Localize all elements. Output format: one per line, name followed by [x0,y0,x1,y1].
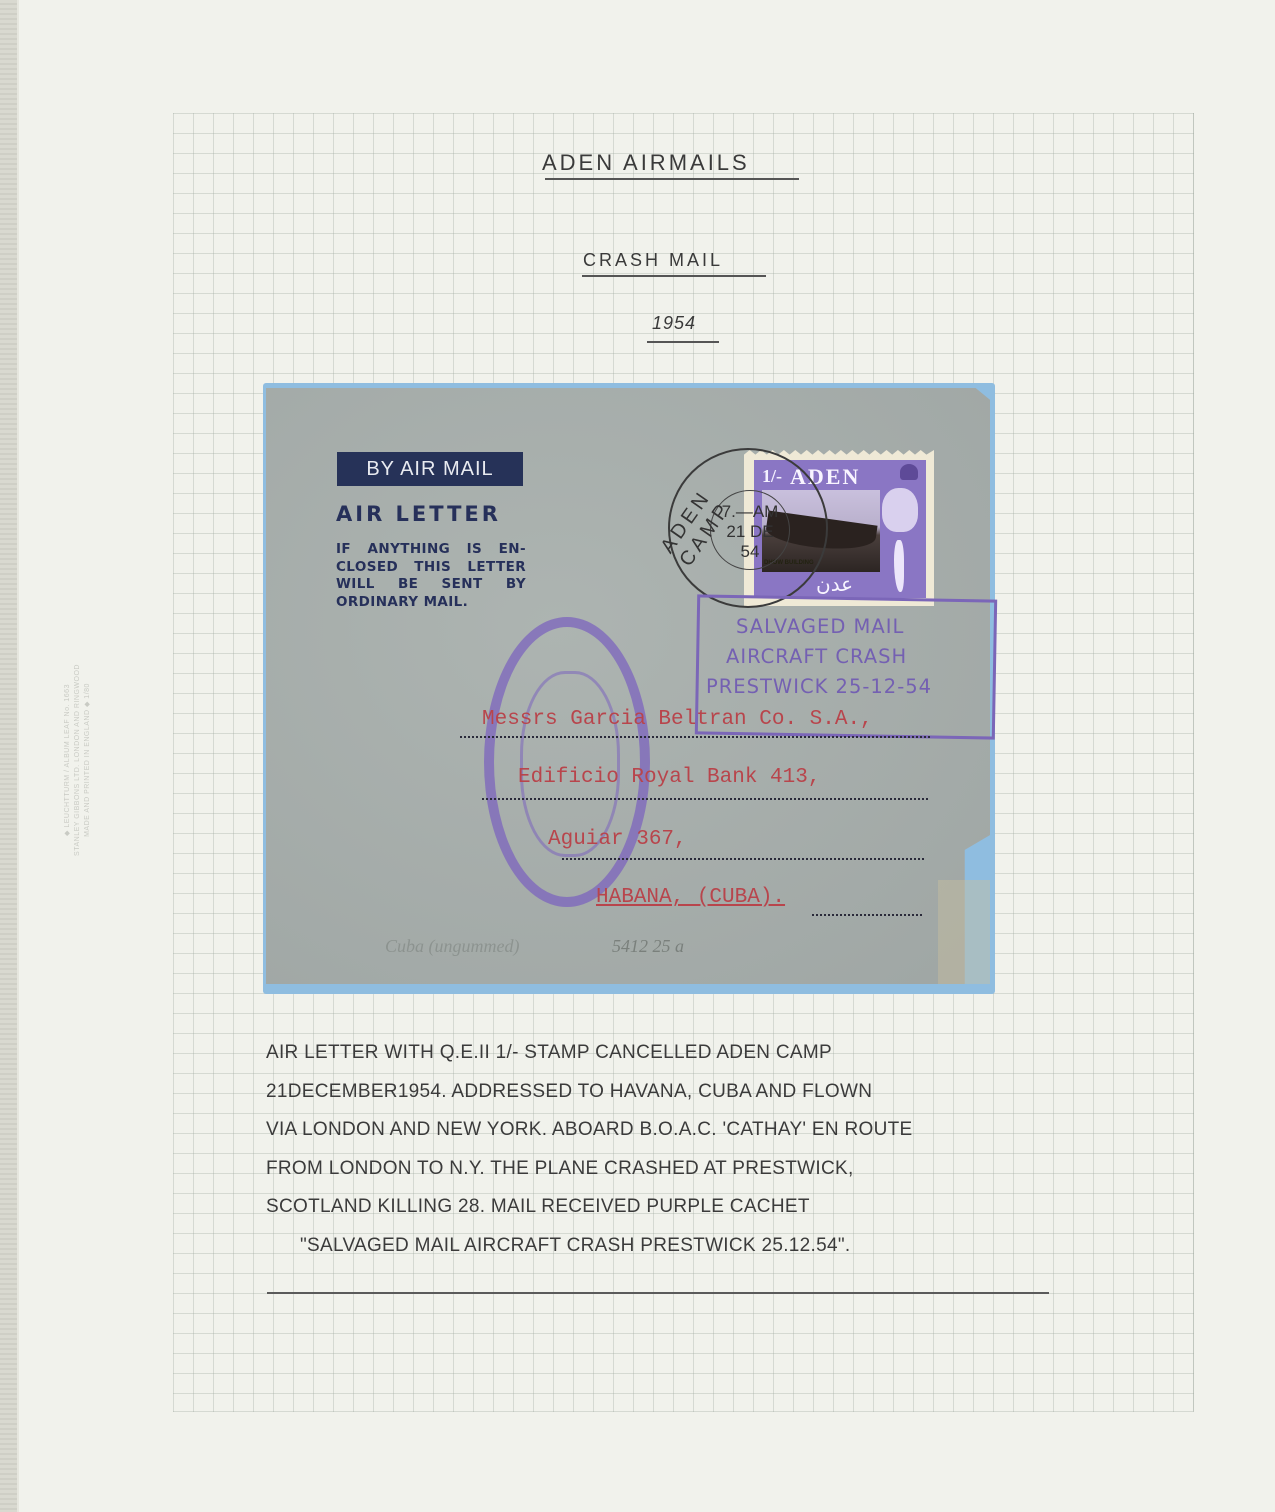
address-guide-line [812,914,922,916]
address-guide-line [562,858,924,860]
address-guide-line [460,736,930,738]
address-line: Messrs Garcia Beltran Co. S.A., [482,708,873,731]
page-year: 1954 [652,313,696,334]
postmark-year: 54 [720,542,780,562]
airmail-etiquette: BY AIR MAIL [337,452,523,486]
page-title: Aden Airmails [542,150,750,176]
subtitle-underline [582,275,766,277]
imprint-line: ◆ LEUCHTTURM / ALBUM LEAF No. 1663 [63,664,73,856]
title-underline [545,178,799,180]
imprint-line: STANLEY GIBBONS LTD. LONDON AND RINGWOOD [73,664,83,856]
bottom-rule [267,1292,1049,1294]
hinge-tape [938,880,990,984]
address-line: Aguiar 367, [548,828,687,851]
description-caption: Air letter with Q.E.II 1/- stamp cancell… [266,1034,1066,1265]
caption-line: 21December1954. Addressed to Havana, Cub… [266,1073,1066,1112]
postmark-time: 7.—AM [720,502,780,522]
postmark-day: 21 DE [720,522,780,542]
cachet-line: PRESTWICK 25-12-54 [706,672,996,702]
form-instructions: IF ANYTHING IS EN- CLOSED THIS LETTER WI… [336,541,526,611]
cachet-line: SALVAGED MAIL [706,612,996,642]
form-title: AIR LETTER [336,502,501,526]
caption-line: from London to N.Y. The plane crashed at… [266,1150,1066,1189]
address-line: HABANA, (CUBA). [596,886,785,909]
imprint-line: MADE AND PRINTED IN ENGLAND ◆ 1/80 [83,664,93,856]
year-underline [647,341,719,343]
address-line: Edificio Royal Bank 413, [518,766,820,789]
caption-line: Scotland killing 28. Mail received purpl… [266,1188,1066,1227]
aden-camp-postmark: ADEN CAMP 7.—AM 21 DE 54 [668,448,828,608]
instruction-line: CLOSED THIS LETTER [336,559,526,577]
cachet-line: AIRCRAFT CRASH [706,642,996,672]
stamp-arabic-text: عدن [816,572,853,596]
dagger-icon [894,540,904,592]
page-subtitle: Crash Mail [583,250,723,271]
instruction-line: IF ANYTHING IS EN- [336,541,526,559]
crown-icon [900,464,918,480]
caption-line: "Salvaged Mail Aircraft Crash Prestwick … [266,1227,1066,1266]
margin-imprint: ◆ LEUCHTTURM / ALBUM LEAF No. 1663 STANL… [63,664,93,856]
caption-line: via London and New York. Aboard B.O.A.C.… [266,1111,1066,1150]
address-guide-line [482,798,928,800]
pencil-note: Cuba (ungummed) [385,936,519,957]
caption-line: Air letter with Q.E.II 1/- stamp cancell… [266,1034,1066,1073]
postmark-date: 7.—AM 21 DE 54 [720,502,780,562]
album-binding-edge [0,0,19,1512]
queen-portrait-icon [882,488,918,532]
instruction-line: ORDINARY MAIL. [336,594,526,612]
oval-cachet [484,617,650,907]
instruction-line: WILL BE SENT BY [336,576,526,594]
pencil-catalogue-number: 5412 25 a [612,936,684,957]
salvage-cachet: SALVAGED MAIL AIRCRAFT CRASH PRESTWICK 2… [706,612,996,702]
